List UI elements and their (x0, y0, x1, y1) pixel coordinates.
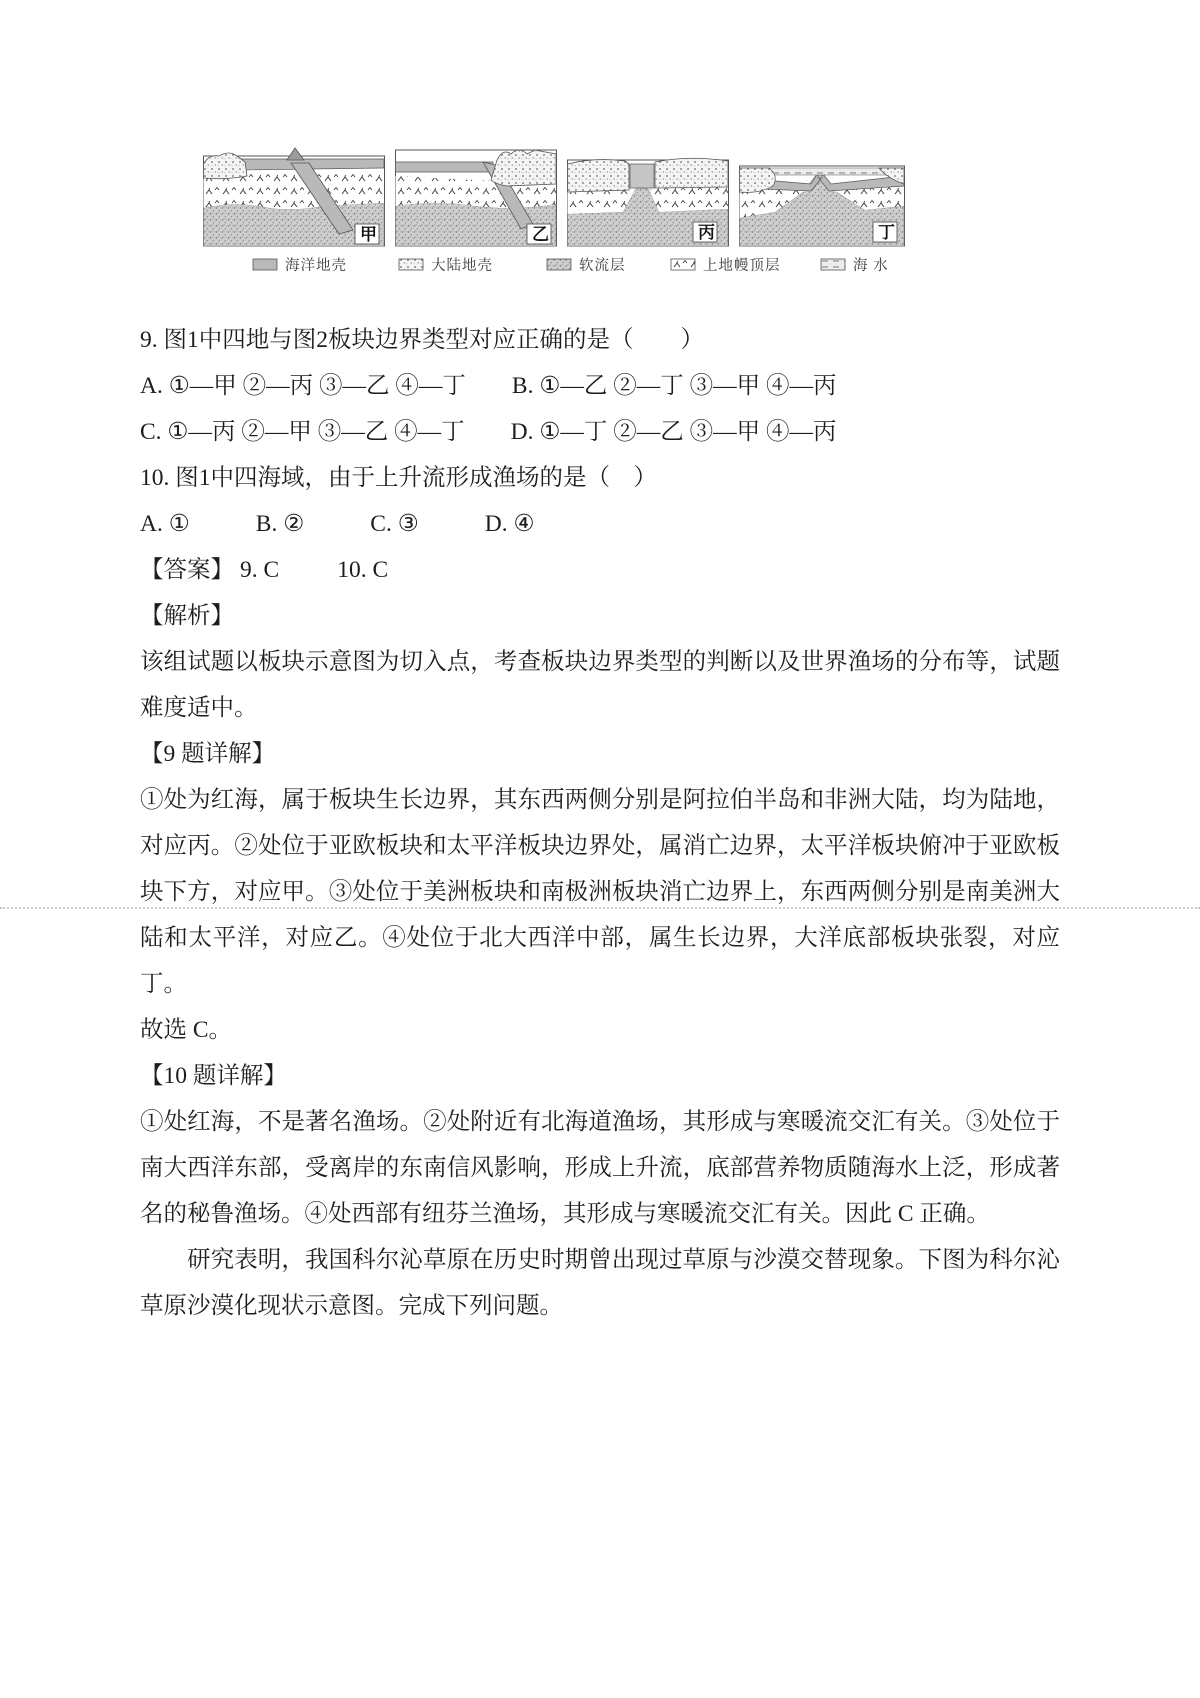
q10-option-c: C. ③ (370, 501, 419, 547)
continent-block-left (568, 160, 630, 192)
analysis-header: 【解析】 (140, 593, 1060, 639)
question-9-options-row-1: A. ①—甲 ②—丙 ③—乙 ④—丁 B. ①—乙 ②—丁 ③—甲 ④—丙 (140, 363, 1060, 409)
answer-label: 【答案】 (140, 547, 234, 593)
figure-legend: 海洋地壳 大陆地壳 软流层 上地幔顶层 (253, 256, 889, 274)
legend-label-continental-crust: 大陆地壳 (431, 256, 493, 274)
question-9-options-row-2: C. ①—丙 ②—甲 ③—乙 ④—丁 D. ①—丁 ②—乙 ③—甲 ④—丙 (140, 409, 1060, 455)
legend-item-asthenosphere: 软流层 (547, 257, 626, 274)
document-content: 甲 乙 (140, 146, 1060, 1329)
answer-q10: 10. C (337, 547, 388, 593)
q9-option-b: B. ①—乙 ②—丁 ③—甲 ④—丙 (512, 363, 837, 409)
legend-item-oceanic-crust: 海洋地壳 (253, 256, 347, 274)
asthenosphere-swatch (547, 259, 571, 270)
legend-label-oceanic-crust: 海洋地壳 (285, 256, 347, 274)
panel-jia-label: 甲 (360, 225, 377, 244)
panel-jia: 甲 (204, 148, 385, 246)
continent-mountain (491, 150, 556, 186)
panel-bing-label: 丙 (698, 223, 715, 242)
panel-bing: 丙 (568, 158, 729, 246)
q9-option-d: D. ①—丁 ②—乙 ③—甲 ④—丙 (511, 409, 837, 455)
analysis-q9-header: 【9 题详解】 (140, 731, 1060, 777)
analysis-intro: 该组试题以板块示意图为切入点，考查板块边界类型的判断以及世界渔场的分布等，试题难… (140, 639, 1060, 731)
upper-mantle-layer (204, 174, 385, 209)
panel-ding-label: 丁 (878, 223, 895, 242)
oceanic-crust-band (396, 162, 494, 172)
analysis-q9-text: ①处为红海，属于板块生长边界，其东西两侧分别是阿拉伯半岛和非洲大陆，均为陆地，对… (140, 777, 1060, 1007)
exam-document-page: 甲 乙 (0, 0, 1200, 1698)
q9-option-a: A. ①—甲 ②—丙 ③—乙 ④—丁 (140, 363, 466, 409)
panel-yi-label: 乙 (532, 225, 549, 244)
q9-option-c: C. ①—丙 ②—甲 ③—乙 ④—丁 (140, 409, 465, 455)
legend-label-upper-mantle: 上地幔顶层 (703, 257, 781, 274)
upper-mantle-swatch (671, 259, 695, 270)
continental-crust-swatch (399, 259, 423, 270)
sea-water-swatch (821, 259, 845, 270)
analysis-q10-text: ①处红海，不是著名渔场。②处附近有北海道渔场，其形成与寒暖流交汇有关。③处位于南… (140, 1099, 1060, 1237)
answer-q9: 9. C (240, 547, 279, 593)
analysis-q9-conclusion: 故选 C。 (140, 1007, 1060, 1053)
legend-item-sea-water: 海 水 (821, 257, 889, 274)
plate-boundary-figure: 甲 乙 (203, 146, 905, 283)
plate-diagrams-svg: 甲 乙 (203, 146, 905, 278)
legend-item-continental-crust: 大陆地壳 (399, 256, 493, 274)
legend-item-upper-mantle: 上地幔顶层 (671, 257, 781, 274)
q10-option-b: B. ② (256, 501, 305, 547)
panel-ding: 丁 (740, 166, 905, 246)
continent-block-right (655, 158, 728, 188)
legend-label-sea-water: 海 水 (853, 257, 889, 274)
legend-label-asthenosphere: 软流层 (579, 257, 626, 274)
volcano (287, 148, 304, 160)
analysis-q10-header: 【10 题详解】 (140, 1053, 1060, 1099)
panel-yi: 乙 (396, 150, 557, 246)
question-10-stem: 10. 图1中四海域，由于上升流形成渔场的是（ ） (140, 455, 1060, 501)
next-passage-text: 研究表明，我国科尔沁草原在历史时期曾出现过草原与沙漠交替现象。下图为科尔沁草原沙… (140, 1237, 1060, 1329)
q10-option-d: D. ④ (485, 501, 535, 547)
question-9-stem: 9. 图1中四地与图2板块边界类型对应正确的是（ ） (140, 317, 1060, 363)
rift-valley-block (630, 164, 654, 188)
answer-line: 【答案】 9. C 10. C (140, 547, 1060, 593)
q10-option-a: A. ① (140, 501, 190, 547)
oceanic-crust-swatch (253, 259, 277, 270)
question-10-options-row: A. ① B. ② C. ③ D. ④ (140, 501, 1060, 547)
